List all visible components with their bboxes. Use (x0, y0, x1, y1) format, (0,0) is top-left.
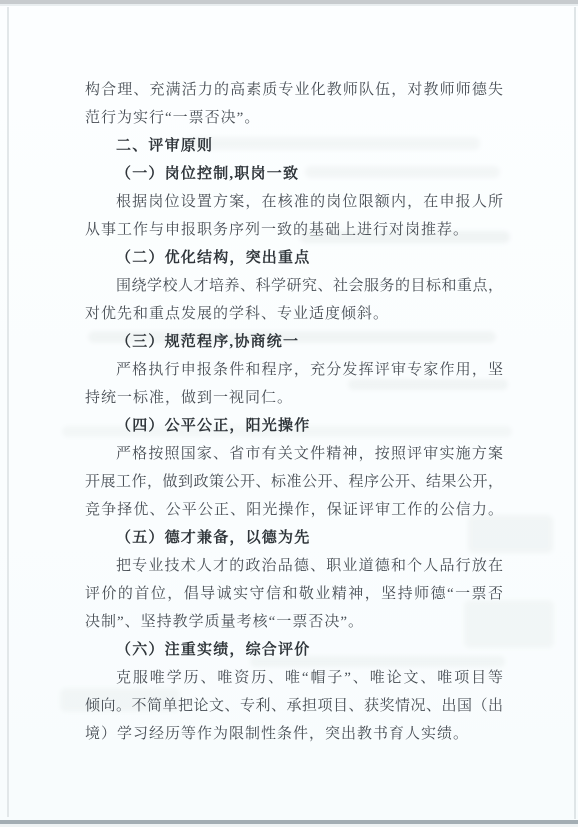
doc-line: 评价的首位，倡导诚实守信和敬业精神，坚持师德“一票否 (85, 580, 503, 608)
doc-line: 围绕学校人才培养、科学研究、社会服务的目标和重点， (85, 272, 503, 300)
doc-line: 决制”、坚持教学质量考核“一票否决”。 (85, 608, 503, 636)
doc-line: 把专业技术人才的政治品德、职业道德和个人品行放在 (85, 552, 503, 580)
section-heading: （二）优化结构，突出重点 (85, 244, 503, 272)
section-heading: （四）公平公正，阳光操作 (85, 412, 503, 440)
doc-line: 严格执行申报条件和程序，充分发挥评审专家作用，坚 (85, 356, 503, 384)
doc-line: 严格按照国家、省市有关文件精神，按照评审实施方案 (85, 440, 503, 468)
scan-edge-top-light (0, 4, 578, 6)
scanned-document-screenshot: { "doc": { "lines": [ { "type": "body", … (0, 0, 578, 827)
section-heading: （五）德才兼备，以德为先 (85, 524, 503, 552)
doc-line: 构合理、充满活力的高素质专业化教师队伍，对教师师德失 (85, 76, 503, 104)
doc-line: 境）学习经历等作为限制性条件，突出教书育人实绩。 (85, 720, 503, 748)
scanned-page: 构合理、充满活力的高素质专业化教师队伍，对教师师德失 范行为实行“一票否决”。 … (0, 0, 578, 827)
scan-edge-left (7, 7, 9, 817)
doc-line: 开展工作，做到政策公开、标准公开、程序公开、结果公开， (85, 468, 503, 496)
doc-line: 根据岗位设置方案，在核准的岗位限额内，在申报人所 (85, 188, 503, 216)
doc-line: 克服唯学历、唯资历、唯“帽子”、唯论文、唯项目等 (85, 664, 503, 692)
section-heading: 二、评审原则 (85, 132, 503, 160)
section-heading: （六）注重实绩，综合评价 (85, 636, 503, 664)
doc-line: 倾向。不简单把论文、专利、承担项目、获奖情况、出国（出 (85, 692, 503, 720)
doc-line: 对优先和重点发展的学科、专业适度倾斜。 (85, 300, 503, 328)
scan-edge-right (574, 7, 576, 819)
section-heading: （一）岗位控制,职岗一致 (85, 160, 503, 188)
doc-line: 竞争择优、公平公正、阳光操作，保证评审工作的公信力。 (85, 496, 503, 524)
document-body: 构合理、充满活力的高素质专业化教师队伍，对教师师德失 范行为实行“一票否决”。 … (85, 76, 503, 748)
section-heading: （三）规范程序,协商统一 (85, 328, 503, 356)
doc-line: 持统一标准，做到一视同仁。 (85, 384, 503, 412)
doc-line: 范行为实行“一票否决”。 (85, 104, 503, 132)
doc-line: 从事工作与申报职务序列一致的基础上进行对岗推荐。 (85, 216, 503, 244)
